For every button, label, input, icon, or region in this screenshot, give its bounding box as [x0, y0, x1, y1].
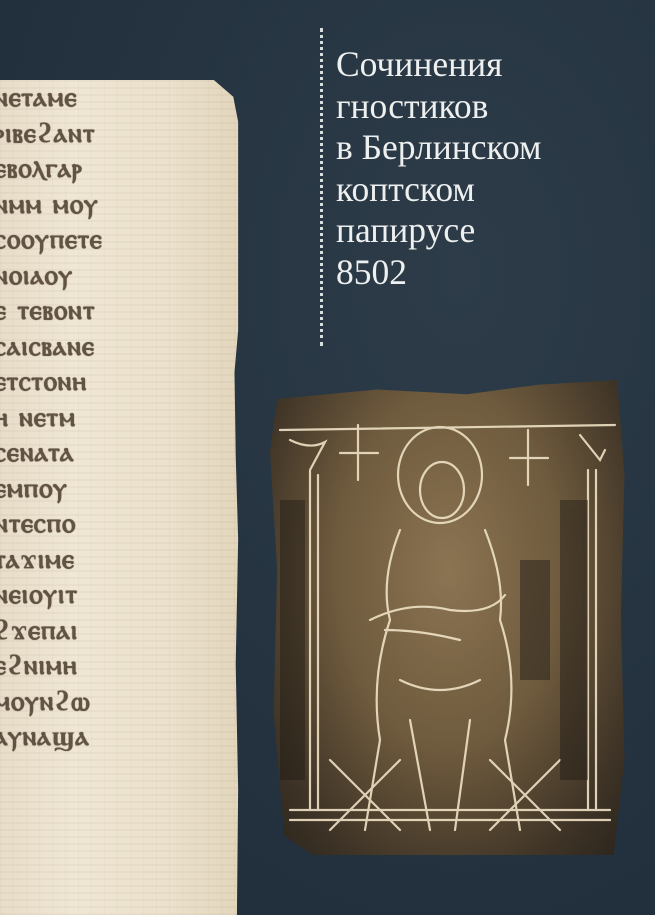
- coptic-line: ⲛⲉⲓⲟⲩⲓⲧ: [0, 577, 234, 613]
- coptic-line: ⲉⲧⲥⲧⲟⲛⲏ: [0, 364, 234, 400]
- coptic-line: ⲣⲓⲃⲉϩⲁⲛⲧ: [0, 116, 234, 152]
- coptic-line: ⲉⲃⲟⲗⲅⲁⲣ: [0, 151, 234, 187]
- coptic-line: ⲧⲁϫⲓⲙⲉ: [0, 542, 234, 578]
- coptic-line: ⲉⲙⲡⲟⲩ: [0, 471, 234, 507]
- title-line: 8502: [336, 252, 542, 294]
- coptic-line: ⲛⲙⲙ ⲙⲟⲩ: [0, 187, 234, 223]
- coptic-text-block: ⲛⲉⲧⲁⲙⲉ ⲣⲓⲃⲉϩⲁⲛⲧ ⲉⲃⲟⲗⲅⲁⲣ ⲛⲙⲙ ⲙⲟⲩ ⲥⲟⲟⲩⲡⲉⲧⲉ…: [0, 80, 234, 755]
- title-line: Сочинения: [336, 44, 542, 86]
- coptic-line: ⲥⲁⲓⲥⲃⲁⲛⲉ: [0, 329, 234, 365]
- coptic-line: ⲥⲟⲟⲩⲡⲉⲧⲉ: [0, 222, 234, 258]
- coptic-line: ⲥⲉⲛⲁⲧⲁ: [0, 435, 234, 471]
- stone-relief-image: [270, 380, 628, 855]
- coptic-line: ⲉϩⲛⲓⲙⲏ: [0, 648, 234, 684]
- coptic-line: ⲙⲟⲩⲛϩⲱ: [0, 684, 234, 720]
- title-line: папирусе: [336, 210, 542, 252]
- coptic-line: ⲁⲩⲛⲁϣⲁ: [0, 719, 234, 755]
- coptic-line: ⲛⲧⲉⲥⲡⲟ: [0, 506, 234, 542]
- title-line: в Берлинском: [336, 127, 542, 169]
- title-line: гностиков: [336, 86, 542, 128]
- coptic-line: ⲏ ⲛⲉⲧⲙ: [0, 400, 234, 436]
- coptic-line: ⲉ ⲧⲉⲃⲟⲛⲧ: [0, 293, 234, 329]
- coptic-line: ⲛⲟⲓⲁⲟⲩ: [0, 258, 234, 294]
- dotted-divider: [320, 28, 323, 346]
- book-cover: ⲛⲉⲧⲁⲙⲉ ⲣⲓⲃⲉϩⲁⲛⲧ ⲉⲃⲟⲗⲅⲁⲣ ⲛⲙⲙ ⲙⲟⲩ ⲥⲟⲟⲩⲡⲉⲧⲉ…: [0, 0, 655, 915]
- book-title: Сочинения гностиков в Берлинском коптско…: [336, 44, 542, 293]
- coptic-line: ⲛⲉⲧⲁⲙⲉ: [0, 80, 234, 116]
- relief-carving-icon: [270, 380, 628, 855]
- title-line: коптском: [336, 169, 542, 211]
- coptic-line: ϩϫⲉⲡⲁⲓ: [0, 613, 234, 649]
